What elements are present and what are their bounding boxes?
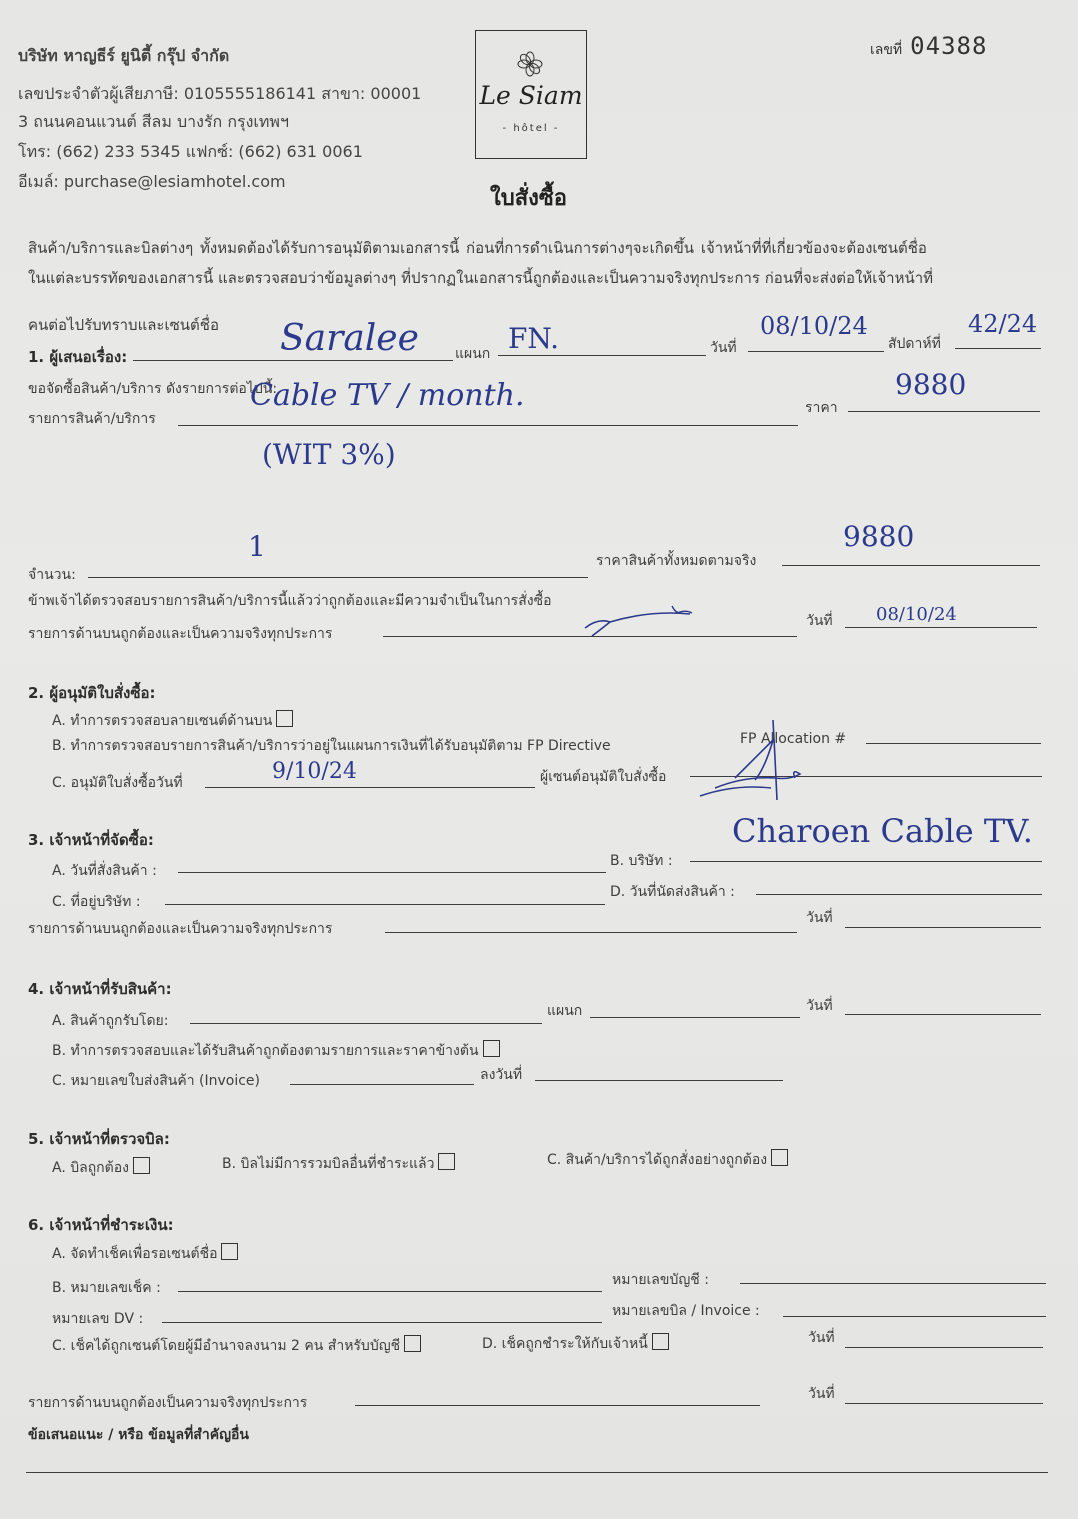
section-3-heading: 3. เจ้าหน้าที่จัดซื้อ: — [28, 828, 154, 852]
document-title: ใบสั่งซื้อ — [490, 180, 567, 215]
intro-line-2: ในแต่ละบรรทัดของเอกสารนี้ และตรวจสอบว่าข… — [28, 266, 933, 290]
department-field[interactable]: FN. — [508, 322, 559, 355]
payment-d-label: D. เช็คถูกชำระให้กับเจ้าหนี้ — [482, 1336, 648, 1352]
purchase-order-page: บริษัท หาญธีร์ ยูนิตี้ กรุ๊ป จำกัด เลขปร… — [0, 0, 1078, 1519]
item-field-line — [178, 425, 798, 426]
certify-label: รายการด้านบนถูกต้องและเป็นความจริงทุกประ… — [28, 623, 332, 645]
total-field[interactable]: 9880 — [843, 520, 914, 553]
proposer-signature — [580, 600, 720, 640]
department-field-line — [498, 355, 706, 356]
dv-number-label: หมายเลข DV : — [52, 1308, 143, 1330]
account-number-field[interactable] — [740, 1283, 1046, 1284]
account-number-label: หมายเลขบัญชี : — [612, 1269, 709, 1291]
item-field[interactable]: Cable TV / month. — [250, 378, 525, 413]
bill-b-checkbox[interactable] — [438, 1153, 455, 1170]
company-phone-fax: โทร: (662) 233 5345 แฟกซ์: (662) 631 006… — [18, 140, 363, 165]
dv-number-field[interactable] — [162, 1322, 602, 1323]
week-field-line — [955, 348, 1041, 349]
approver-a: A. ทำการตรวจสอบลายเซนต์ด้านบน — [52, 710, 293, 732]
bill-b: B. บิลไม่มีการรวมบิลอื่นที่ชำระแล้ว — [222, 1153, 455, 1175]
received-b-checkbox[interactable] — [483, 1040, 500, 1057]
section-3-date-field[interactable] — [845, 927, 1041, 928]
delivery-date-field[interactable] — [756, 894, 1042, 895]
approval-date-label: C. อนุมัติใบสั่งซื้อวันที่ — [52, 772, 183, 794]
vendor-address-field[interactable] — [165, 904, 605, 905]
document-number: เลขที่04388 — [870, 32, 987, 61]
payment-a: A. จัดทำเช็คเพื่อรอเซนต์ชื่อ — [52, 1243, 238, 1265]
section-4-heading: 4. เจ้าหน้าที่รับสินค้า: — [28, 977, 172, 1001]
bill-b-label: B. บิลไม่มีการรวมบิลอื่นที่ชำระแล้ว — [222, 1156, 434, 1172]
section-6-heading: 6. เจ้าหน้าที่ชำระเงิน: — [28, 1213, 174, 1237]
week-field[interactable]: 42/24 — [968, 310, 1037, 338]
section-1-heading: 1. ผู้เสนอเรื่อง: — [28, 345, 127, 369]
approver-signature — [695, 718, 815, 803]
certify-date-label: วันที่ — [806, 610, 833, 632]
payment-a-checkbox[interactable] — [221, 1243, 238, 1260]
cheque-number-label: B. หมายเลขเช็ค : — [52, 1277, 161, 1299]
vendor-label: B. บริษัท : — [610, 850, 673, 872]
vendor-field[interactable]: Charoen Cable TV. — [732, 812, 1033, 850]
approver-sign-label: ผู้เซนต์อนุมัติใบสั่งซื้อ — [540, 766, 666, 788]
certify-date-field[interactable]: 08/10/24 — [876, 604, 957, 625]
payment-a-label: A. จัดทำเช็คเพื่อรอเซนต์ชื่อ — [52, 1246, 217, 1262]
total-field-line — [782, 565, 1040, 566]
footer-signature-field[interactable] — [355, 1405, 760, 1406]
certify-date-line — [845, 627, 1037, 628]
cheque-number-field[interactable] — [178, 1291, 602, 1292]
logo-brand: Le Siam — [476, 81, 586, 110]
section-2-heading: 2. ผู้อนุมัติใบสั่งซื้อ: — [28, 681, 156, 705]
bill-c-checkbox[interactable] — [771, 1149, 788, 1166]
logo-subtitle: - hôtel - — [476, 123, 586, 134]
bill-invoice-number-field[interactable] — [783, 1316, 1046, 1317]
approval-date-line — [205, 787, 535, 788]
delivery-date-label: D. วันที่นัดส่งสินค้า : — [610, 881, 735, 903]
flower-icon — [517, 51, 543, 77]
received-date-label: วันที่ — [806, 995, 833, 1017]
intro-line-3: คนต่อไปรับทราบและเซนต์ชื่อ — [28, 313, 219, 337]
document-number-value: 04388 — [910, 32, 987, 60]
bill-invoice-number-label: หมายเลขบิล / Invoice : — [612, 1300, 760, 1322]
approval-date-field[interactable]: 9/10/24 — [272, 759, 357, 784]
company-email: อีเมล์: purchase@lesiamhotel.com — [18, 170, 286, 195]
order-date-label: A. วันที่สั่งสินค้า : — [52, 860, 157, 882]
invoice-date-field[interactable] — [535, 1080, 783, 1081]
intro-line-1: สินค้า/บริการและบิลต่างๆ ทั้งหมดต้องได้ร… — [28, 236, 927, 260]
item-label: รายการสินค้า/บริการ — [28, 408, 156, 430]
payment-d-checkbox[interactable] — [652, 1333, 669, 1350]
document-number-label: เลขที่ — [870, 42, 902, 58]
received-department-field[interactable] — [590, 1017, 800, 1018]
item-note: (WIT 3%) — [262, 438, 396, 471]
received-date-field[interactable] — [845, 1014, 1041, 1015]
vendor-address-label: C. ที่อยู่บริษัท : — [52, 891, 141, 913]
date-label: วันที่ — [710, 337, 737, 359]
footer-date-label: วันที่ — [808, 1383, 835, 1405]
proposer-field[interactable]: Saralee — [280, 318, 419, 359]
week-label: สัปดาห์ที่ — [888, 333, 941, 355]
price-field[interactable]: 9880 — [895, 368, 966, 401]
date-field-line — [748, 351, 884, 352]
remarks-field[interactable] — [26, 1472, 1048, 1473]
company-tax-id: เลขประจำตัวผู้เสียภาษี: 0105555186141 สา… — [18, 82, 421, 107]
bill-a: A. บิลถูกต้อง — [52, 1157, 150, 1179]
footer-certify-label: รายการด้านบนถูกต้องเป็นความจริงทุกประการ — [28, 1392, 307, 1414]
payment-date-field[interactable] — [845, 1347, 1043, 1348]
approver-a-label: A. ทำการตรวจสอบลายเซนต์ด้านบน — [52, 713, 272, 729]
section-3-signature-field[interactable] — [385, 932, 797, 933]
quantity-field-line — [88, 577, 588, 578]
bill-a-checkbox[interactable] — [133, 1157, 150, 1174]
quantity-label: จำนวน: — [28, 564, 76, 586]
proposer-field-line — [133, 360, 453, 361]
section-5-heading: 5. เจ้าหน้าที่ตรวจบิล: — [28, 1127, 170, 1151]
price-field-line — [848, 411, 1040, 412]
payment-date-label: วันที่ — [808, 1327, 835, 1349]
invoice-number-label: C. หมายเลขใบส่งสินค้า (Invoice) — [52, 1070, 260, 1092]
payment-c-checkbox[interactable] — [404, 1335, 421, 1352]
date-field[interactable]: 08/10/24 — [760, 312, 868, 340]
section-3-date-label: วันที่ — [806, 907, 833, 929]
received-department-label: แผนก — [547, 1000, 582, 1022]
fp-allocation-field[interactable] — [866, 743, 1041, 744]
quantity-field[interactable]: 1 — [248, 530, 266, 563]
received-by-label: A. สินค้าถูกรับโดย: — [52, 1010, 168, 1032]
hotel-logo: Le Siam - hôtel - — [475, 30, 587, 159]
bill-c-label: C. สินค้า/บริการได้ถูกสั่งอย่างถูกต้อง — [547, 1152, 767, 1168]
confirm-statement: ข้าพเจ้าได้ตรวจสอบรายการสินค้า/บริการนี้… — [28, 590, 552, 612]
received-by-field[interactable] — [190, 1023, 542, 1024]
price-label: ราคา — [805, 397, 838, 419]
bill-c: C. สินค้า/บริการได้ถูกสั่งอย่างถูกต้อง — [547, 1149, 788, 1171]
footer-date-field[interactable] — [845, 1403, 1043, 1404]
vendor-field-line — [690, 861, 1042, 862]
received-b: B. ทำการตรวจสอบและได้รับสินค้าถูกต้องตาม… — [52, 1040, 500, 1062]
payment-c-label: C. เช็คได้ถูกเซนต์โดยผู้มีอำนาจลงนาม 2 ค… — [52, 1338, 400, 1354]
total-label: ราคาสินค้าทั้งหมดตามจริง — [596, 550, 756, 572]
request-label: ขอจัดซื้อสินค้า/บริการ ดังรายการต่อไปนี้… — [28, 378, 277, 400]
payment-d: D. เช็คถูกชำระให้กับเจ้าหนี้ — [482, 1333, 669, 1355]
invoice-number-field[interactable] — [290, 1084, 474, 1085]
order-date-field[interactable] — [178, 872, 606, 873]
remarks-label: ข้อเสนอแนะ / หรือ ข้อมูลที่สำคัญอื่น — [28, 1424, 249, 1446]
received-b-label: B. ทำการตรวจสอบและได้รับสินค้าถูกต้องตาม… — [52, 1043, 479, 1059]
payment-c: C. เช็คได้ถูกเซนต์โดยผู้มีอำนาจลงนาม 2 ค… — [52, 1335, 421, 1357]
department-label: แผนก — [455, 343, 490, 365]
invoice-date-label: ลงวันที่ — [480, 1064, 522, 1086]
approver-b-label: B. ทำการตรวจสอบรายการสินค้า/บริการว่าอยู… — [52, 735, 611, 757]
section-3-certify-label: รายการด้านบนถูกต้องและเป็นความจริงทุกประ… — [28, 918, 332, 940]
approver-a-checkbox[interactable] — [276, 710, 293, 727]
company-address: 3 ถนนคอนแวนต์ สีลม บางรัก กรุงเทพฯ — [18, 110, 289, 135]
bill-a-label: A. บิลถูกต้อง — [52, 1160, 129, 1176]
company-name: บริษัท หาญธีร์ ยูนิตี้ กรุ๊ป จำกัด — [18, 44, 229, 69]
